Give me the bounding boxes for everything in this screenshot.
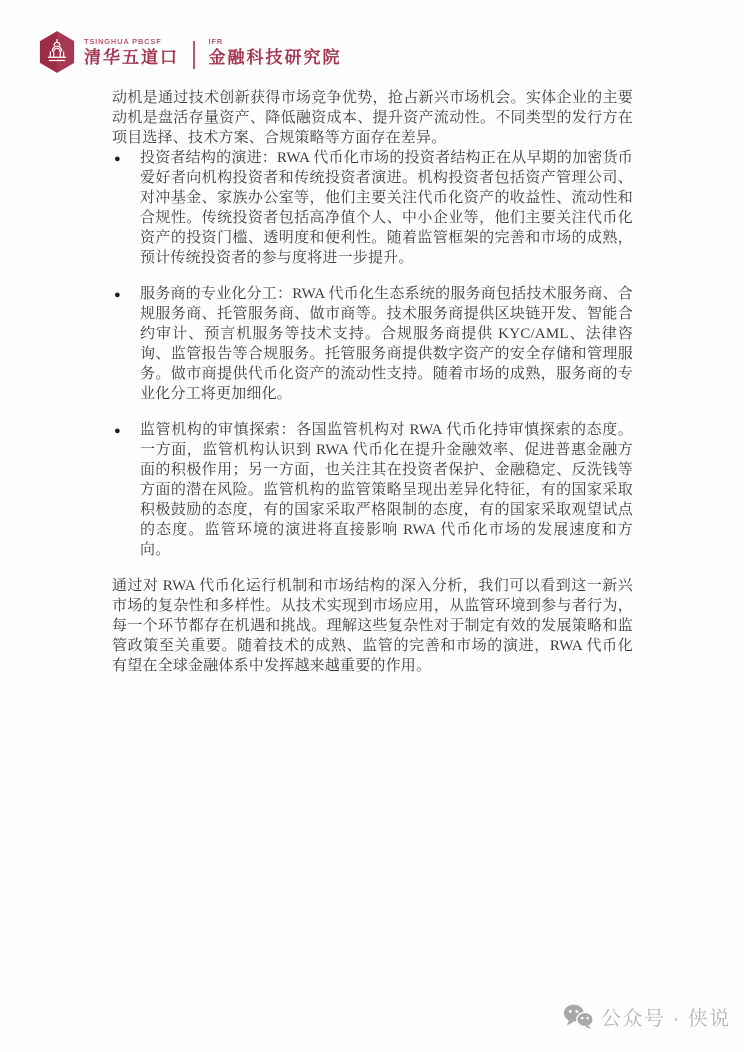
tsinghua-gate-hexagon-icon — [38, 30, 76, 74]
logo-institute-cn: 金融科技研究院 — [209, 49, 342, 66]
logo-org-cn: 清华五道口 — [84, 49, 179, 66]
watermark-label: 公众号 · 侠说 — [601, 1002, 731, 1031]
bullet-dot-icon: ● — [114, 421, 121, 441]
bullet-dot-icon: ● — [114, 149, 121, 169]
bullet-list: ● 投资者结构的演进：RWA 代币化市场的投资者结构正在从早期的加密货币爱好者向… — [112, 148, 633, 560]
paragraph-closing: 通过对 RWA 代币化运行机制和市场结构的深入分析，我们可以看到这一新兴市场的复… — [112, 576, 633, 676]
bullet-text: 投资者结构的演进：RWA 代币化市场的投资者结构正在从早期的加密货币爱好者向机构… — [140, 150, 633, 266]
logo-divider — [193, 41, 195, 69]
org-logo: TSINGHUA PBCSF 清华五道口 IFR 金融科技研究院 — [38, 30, 342, 74]
document-body: 动机是通过技术创新获得市场竞争优势，抢占新兴市场机会。实体企业的主要动机是盘活存… — [112, 88, 633, 676]
bullet-text: 监管机构的审慎探索：各国监管机构对 RWA 代币化持审慎探索的态度。一方面，监管… — [140, 422, 633, 558]
watermark: 公众号 · 侠说 — [563, 1002, 731, 1031]
bullet-item-regulators: ● 监管机构的审慎探索：各国监管机构对 RWA 代币化持审慎探索的态度。一方面，… — [112, 420, 633, 560]
bullet-item-investor-structure: ● 投资者结构的演进：RWA 代币化市场的投资者结构正在从早期的加密货币爱好者向… — [112, 148, 633, 268]
bullet-dot-icon: ● — [114, 285, 121, 305]
logo-institute-en: IFR — [209, 38, 342, 46]
bullet-text: 服务商的专业化分工：RWA 代币化生态系统的服务商包括技术服务商、合规服务商、托… — [140, 286, 633, 402]
logo-org-en: TSINGHUA PBCSF — [84, 38, 179, 46]
wechat-icon — [563, 1003, 594, 1030]
logo-org-block: TSINGHUA PBCSF 清华五道口 — [84, 38, 179, 66]
paragraph-continuation: 动机是通过技术创新获得市场竞争优势，抢占新兴市场机会。实体企业的主要动机是盘活存… — [112, 88, 633, 148]
bullet-item-service-providers: ● 服务商的专业化分工：RWA 代币化生态系统的服务商包括技术服务商、合规服务商… — [112, 284, 633, 404]
logo-institute-block: IFR 金融科技研究院 — [209, 38, 342, 66]
